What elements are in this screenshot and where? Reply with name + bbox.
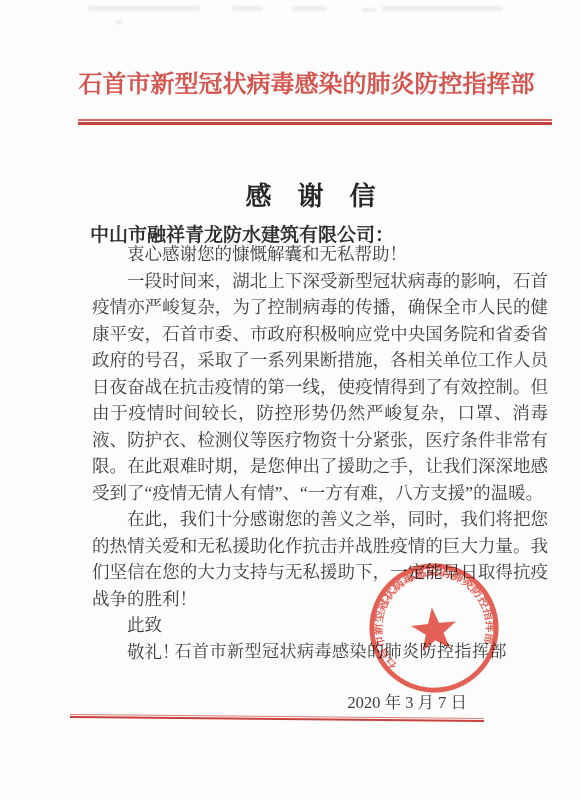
scan-artifact [292,6,326,11]
footer-rule [70,714,484,722]
letterhead-org-title: 石首市新型冠状病毒感染的肺炎防控指挥部 [0,64,581,99]
scanned-letter-page: 石首市新型冠状病毒感染的肺炎防控指挥部 感 谢 信 中山市融祥青龙防水建筑有限公… [0,0,581,800]
scan-artifact [88,6,200,11]
body-paragraph: 衷心感谢您的慷慨解囊和无私帮助！ [92,241,548,268]
official-seal: 石首市新型冠状病毒感染的肺炎防控指挥部 [358,552,510,704]
seal-star-icon [409,605,458,652]
letter-title: 感 谢 信 [0,176,581,213]
scan-artifact [115,20,123,24]
scan-artifact [362,8,376,12]
body-paragraph: 一段时间来，湖北上下深受新型冠状病毒的影响，石首疫情亦严峻复杂，为了控制病毒的传… [92,268,548,507]
scan-artifact [382,6,502,11]
scan-artifact [232,6,262,11]
letterhead-double-rule [78,119,552,125]
